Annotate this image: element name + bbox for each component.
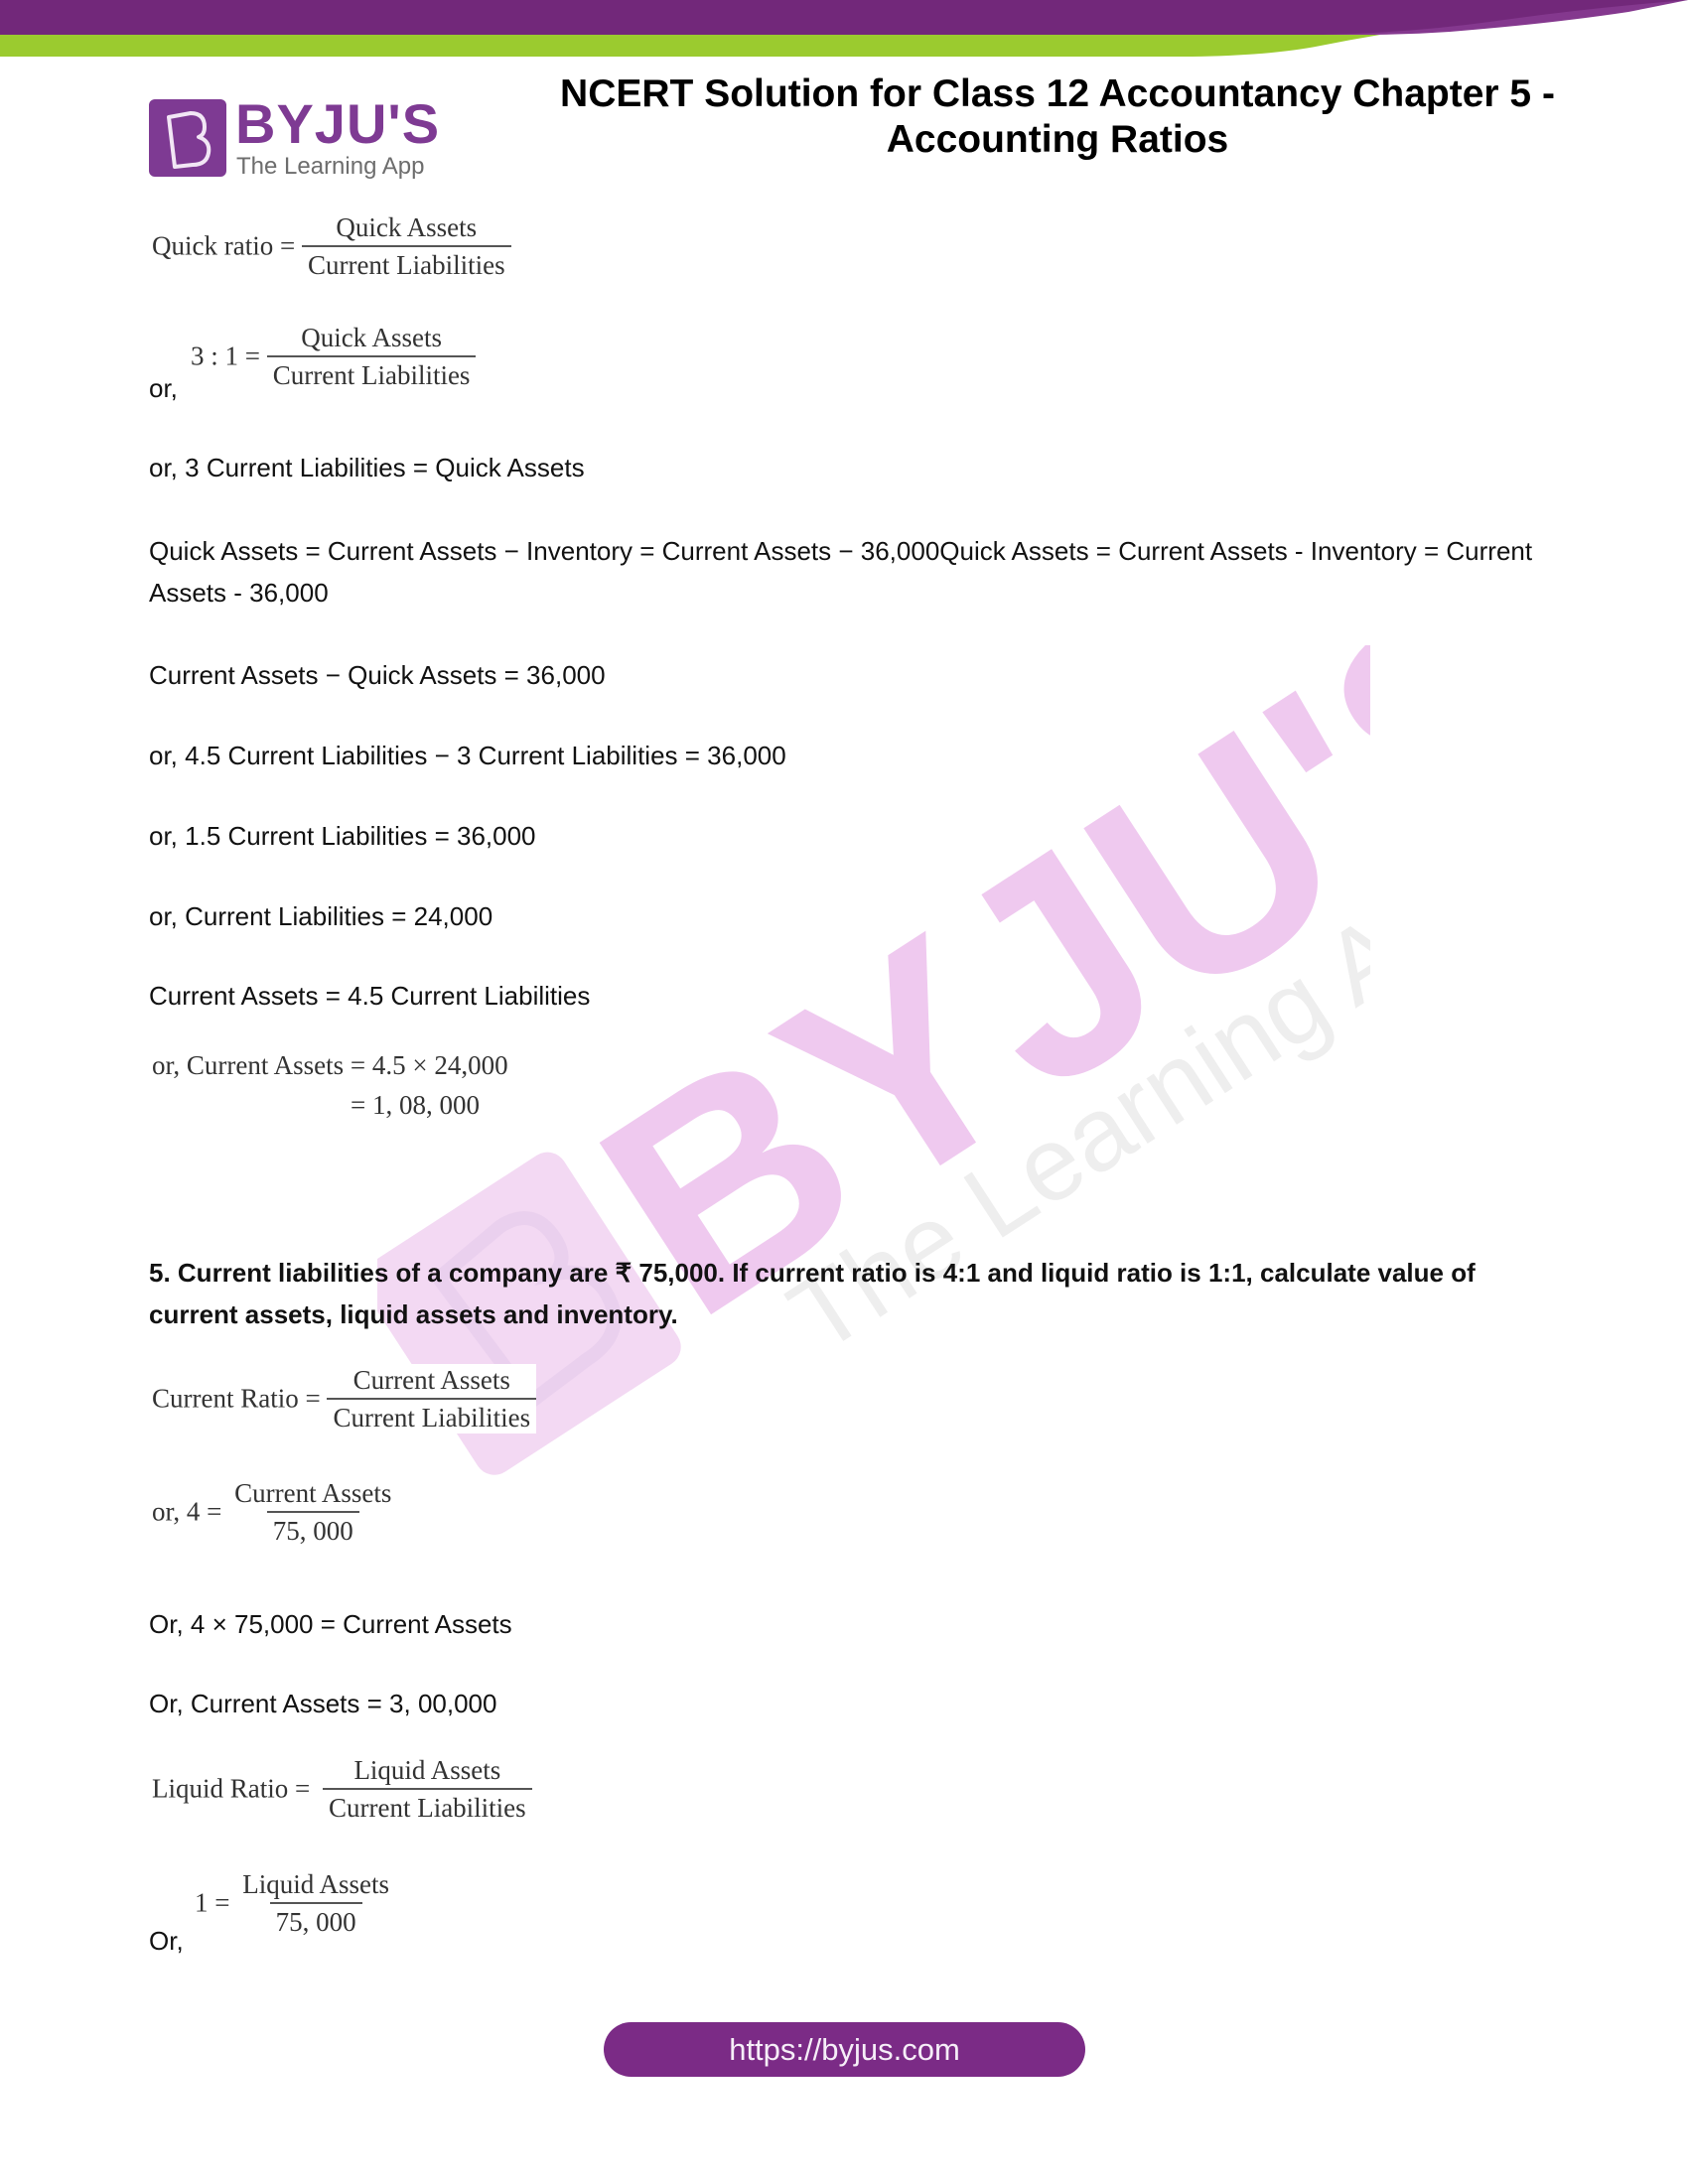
formula-current-assets-calc: or, Current Assets = 4.5 × 24,000 = 1, 0… xyxy=(152,1045,508,1125)
formula-current-ratio: Current Ratio = Current Assets Current L… xyxy=(152,1364,536,1433)
text-line: Quick Assets = Current Assets − Inventor… xyxy=(149,530,1559,614)
text-line: Or, Current Assets = 3, 00,000 xyxy=(149,1683,496,1724)
or-prefix: or, xyxy=(149,367,178,409)
text-line: Or, 4 × 75,000 = Current Assets xyxy=(149,1603,512,1645)
formula-liquid-ratio: Liquid Ratio = Liquid Assets Current Lia… xyxy=(152,1754,532,1824)
formula-liquid-ratio-1: 1 = Liquid Assets 75, 000 xyxy=(195,1868,395,1938)
or-prefix: Or, xyxy=(149,1920,184,1962)
logo-tagline: The Learning App xyxy=(236,153,424,181)
page-title: NCERT Solution for Class 12 Accountancy … xyxy=(536,71,1579,163)
question-5: 5. Current liabilities of a company are … xyxy=(149,1252,1559,1335)
byjus-logo: BYJU'S The Learning App xyxy=(149,97,437,179)
footer-link-button[interactable]: https://byjus.com xyxy=(604,2022,1085,2077)
text-line: or, Current Liabilities = 24,000 xyxy=(149,895,492,937)
text-line: Current Assets = 4.5 Current Liabilities xyxy=(149,975,590,1017)
title-line-1: NCERT Solution for Class 12 Accountancy … xyxy=(536,71,1579,117)
text-line: or, 3 Current Liabilities = Quick Assets xyxy=(149,447,585,488)
text-line: or, 4.5 Current Liabilities − 3 Current … xyxy=(149,735,786,776)
header-banner xyxy=(0,0,1688,60)
logo-wordmark: BYJU'S xyxy=(235,91,440,156)
formula-quick-ratio: Quick ratio = Quick Assets Current Liabi… xyxy=(152,211,511,281)
byjus-b-icon xyxy=(149,99,226,177)
formula-quick-ratio-3-1: 3 : 1 = Quick Assets Current Liabilities xyxy=(191,322,476,391)
text-line: Current Assets − Quick Assets = 36,000 xyxy=(149,654,606,696)
formula-current-ratio-4: or, 4 = Current Assets 75, 000 xyxy=(152,1477,397,1547)
text-line: or, 1.5 Current Liabilities = 36,000 xyxy=(149,815,536,857)
title-line-2: Accounting Ratios xyxy=(536,117,1579,163)
